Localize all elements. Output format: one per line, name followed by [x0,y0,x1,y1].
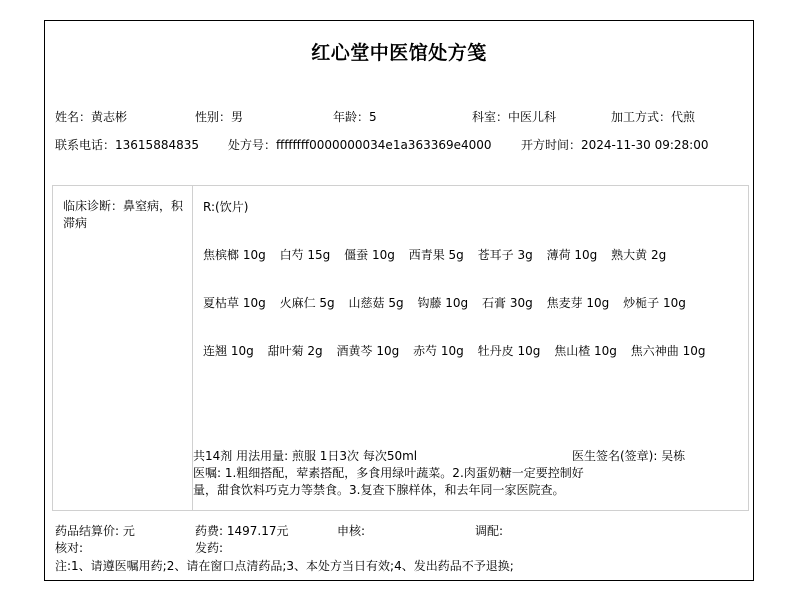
phone: 联系电话：13615884835 [55,137,199,153]
check-field: 核对: [55,540,83,556]
prescription-number: 处方号：ffffffff0000000034e1a363369e4000 [228,137,492,153]
doctor-signature: 医生签名(签章): 吴栋 [572,447,685,464]
medical-advice: 医嘱: 1.粗细搭配，荤素搭配，多食用绿叶蔬菜。2.肉蛋奶糖一定要控制好量，甜食… [193,465,593,499]
herb-item: 牡丹皮 10g [478,344,541,358]
herb-item: 苍耳子 3g [478,248,533,262]
herb-item: 火麻仁 5g [280,296,335,310]
patient-gender: 性别：男 [195,109,243,125]
herb-item: 僵蚕 10g [344,248,395,262]
herb-item: 薄荷 10g [547,248,598,262]
herb-item: 石膏 30g [482,296,533,310]
herb-item: 酒黄芩 10g [337,344,400,358]
herb-item: 连翘 10g [203,344,254,358]
prescription-box: 临床诊断：鼻窒病，积滞病 R:(饮片) 焦槟榔 10g 白芍 15g 僵蚕 10… [52,185,749,511]
page-title: 红心堂中医馆处方笺 [45,38,753,65]
herb-line-1: 焦槟榔 10g 白芍 15g 僵蚕 10g 西青果 5g 苍耳子 3g 薄荷 1… [203,246,676,263]
prescription-time: 开方时间：2024-11-30 09:28:00 [521,137,708,153]
herb-item: 炒栀子 10g [623,296,686,310]
department: 科室：中医儿科 [472,109,556,125]
patient-age: 年龄：5 [333,109,377,125]
herb-item: 熟大黄 2g [611,248,666,262]
footer-note: 注:1、请遵医嘱用药;2、请在窗口点清药品;3、本处方当日有效;4、发出药品不予… [55,558,514,574]
dispense-field: 调配: [475,523,503,539]
herb-item: 焦六神曲 10g [631,344,706,358]
drug-fee: 药费: 1497.17元 [195,523,288,539]
herb-item: 西青果 5g [409,248,464,262]
rx-header: R:(饮片) [203,198,248,215]
prescription-sheet: 红心堂中医馆处方笺 姓名：黄志彬 性别：男 年龄：5 科室：中医儿科 加工方式：… [44,20,754,581]
issue-field: 发药: [195,540,223,556]
patient-name: 姓名：黄志彬 [55,109,127,125]
herb-line-3: 连翘 10g 甜叶菊 2g 酒黄芩 10g 赤芍 10g 牡丹皮 10g 焦山楂… [203,342,715,359]
herb-line-2: 夏枯草 10g 火麻仁 5g 山慈菇 5g 钩藤 10g 石膏 30g 焦麦芽 … [203,294,696,311]
herb-item: 钩藤 10g [417,296,468,310]
process-method: 加工方式：代煎 [611,109,695,125]
herb-item: 山慈菇 5g [349,296,404,310]
herb-item: 夏枯草 10g [203,296,266,310]
herb-item: 焦麦芽 10g [547,296,610,310]
review-field: 申核: [337,523,365,539]
herb-item: 白芍 15g [280,248,331,262]
herb-item: 赤芍 10g [413,344,464,358]
herb-item: 焦槟榔 10g [203,248,266,262]
settlement-price: 药品结算价: 元 [55,523,135,539]
clinical-diagnosis: 临床诊断：鼻窒病，积滞病 [63,198,188,232]
herb-item: 焦山楂 10g [554,344,617,358]
herb-item: 甜叶菊 2g [268,344,323,358]
